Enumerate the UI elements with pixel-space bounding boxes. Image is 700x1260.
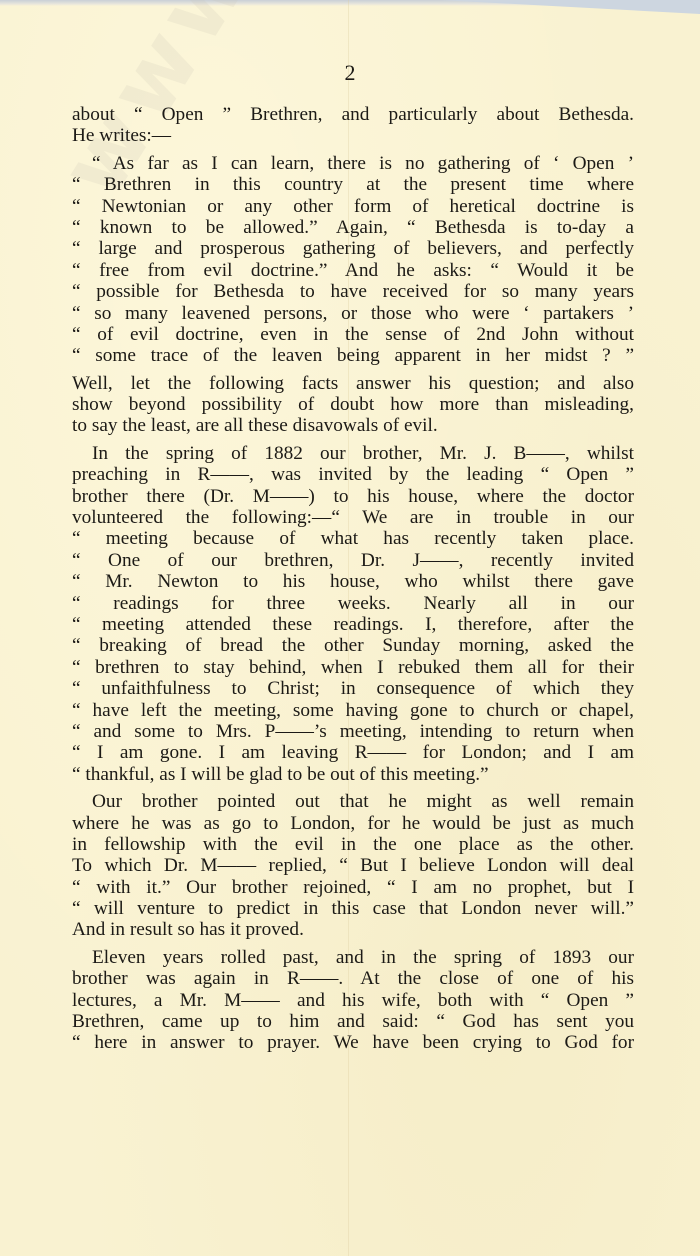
text-line: “ have left the meeting, some having gon… [72,700,634,721]
text-line: “ As far as I can learn, there is no gat… [72,153,634,174]
text-line: “ I am gone. I am leaving R—— for London… [72,742,634,763]
text-line: in fellowship with the evil in the one p… [72,834,634,855]
text-line: “ One of our brethren, Dr. J——, recently… [72,550,634,571]
text-line: Well, let the following facts answer his… [72,373,634,394]
text-line: “ meeting because of what has recently t… [72,528,634,549]
text-line: “ possible for Bethesda to have received… [72,281,634,302]
text-line: “ unfaithfulness to Christ; in consequen… [72,678,634,699]
text-line: “ meeting attended these readings. I, th… [72,614,634,635]
text-line: “ breaking of bread the other Sunday mor… [72,635,634,656]
text-line: “ Mr. Newton to his house, who whilst th… [72,571,634,592]
text-line: Eleven years rolled past, and in the spr… [72,947,634,968]
text-line: “ of evil doctrine, even in the sense of… [72,324,634,345]
paragraph: Eleven years rolled past, and in the spr… [72,947,634,1054]
text-line: Our brother pointed out that he might as… [72,791,634,812]
text-line: “ known to be allowed.” Again, “ Bethesd… [72,217,634,238]
text-line: In the spring of 1882 our brother, Mr. J… [72,443,634,464]
body-text: about “ Open ” Brethren, and particularl… [72,104,634,1054]
text-line: show beyond possibility of doubt how mor… [72,394,634,415]
text-line: “ Brethren in this country at the presen… [72,174,634,195]
text-line: “ with it.” Our brother rejoined, “ I am… [72,877,634,898]
page-bottom-edge [0,1256,700,1258]
text-line: To which Dr. M—— replied, “ But I believ… [72,855,634,876]
text-line: “ here in answer to prayer. We have been… [72,1032,634,1053]
folded-corner [440,0,700,14]
text-line: to say the least, are all these disavowa… [72,415,634,436]
text-line: volunteered the following:—“ We are in t… [72,507,634,528]
text-line: brother was again in R——. At the close o… [72,968,634,989]
text-line: “ readings for three weeks. Nearly all i… [72,593,634,614]
text-line: “ so many leavened persons, or those who… [72,303,634,324]
text-line: “ some trace of the leaven being apparen… [72,345,634,366]
text-line: where he was as go to London, for he wou… [72,813,634,834]
text-line: “ free from evil doctrine.” And he asks:… [72,260,634,281]
text-line: He writes:— [72,125,634,146]
paragraph: Well, let the following facts answer his… [72,373,634,437]
paragraph: about “ Open ” Brethren, and particularl… [72,104,634,147]
paragraph: Our brother pointed out that he might as… [72,791,634,941]
text-line: “ thankful, as I will be glad to be out … [72,764,634,785]
document-page: www.brethrenarchive.org 2 about “ Open ”… [0,0,700,1258]
text-line: “ large and prosperous gathering of beli… [72,238,634,259]
text-line: “ Newtonian or any other form of heretic… [72,196,634,217]
page-number: 2 [0,60,700,86]
text-line: And in result so has it proved. [72,919,634,940]
text-line: “ and some to Mrs. P——’s meeting, intend… [72,721,634,742]
text-line: preaching in R——, was invited by the lea… [72,464,634,485]
text-line: lectures, a Mr. M—— and his wife, both w… [72,990,634,1011]
text-line: Brethren, came up to him and said: “ God… [72,1011,634,1032]
text-line: about “ Open ” Brethren, and particularl… [72,104,634,125]
paragraph: In the spring of 1882 our brother, Mr. J… [72,443,634,785]
text-line: “ brethren to stay behind, when I rebuke… [72,657,634,678]
block-quote: “ As far as I can learn, there is no gat… [72,153,634,367]
text-line: brother there (Dr. M——) to his house, wh… [72,486,634,507]
text-line: “ will venture to predict in this case t… [72,898,634,919]
